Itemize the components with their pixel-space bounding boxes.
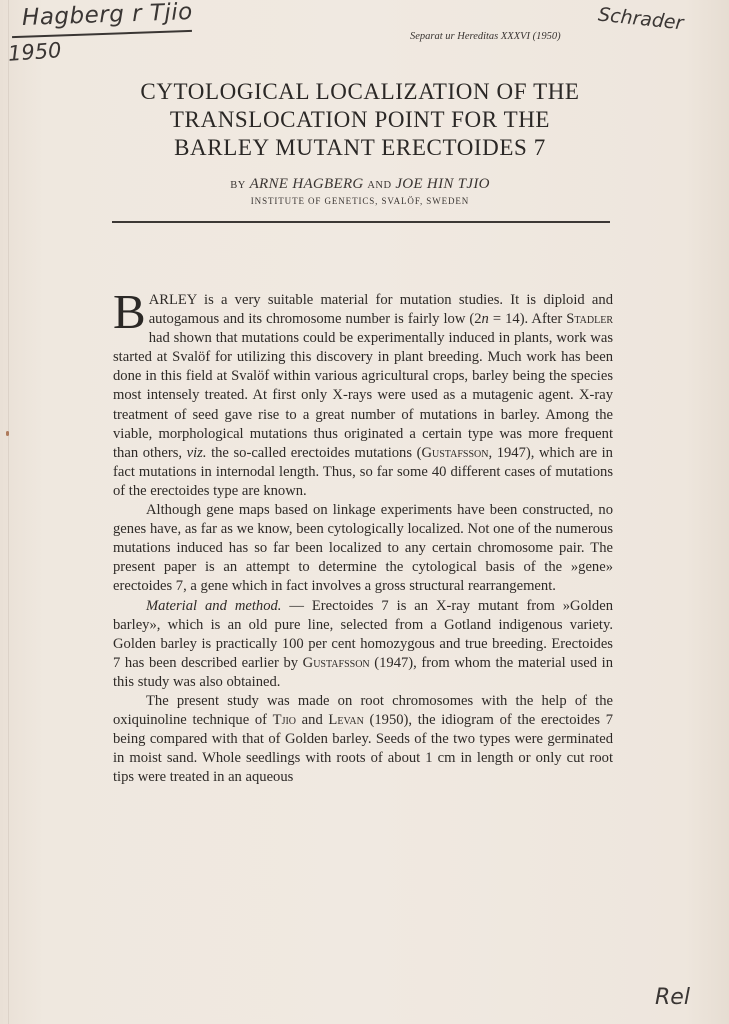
- handwritten-underline: [12, 30, 192, 38]
- page-edge: [8, 0, 9, 1024]
- paper-page: Hagberg r Tjio 1950 Schrader Separat ur …: [0, 0, 729, 1024]
- byline-and: AND: [367, 180, 391, 191]
- article-title: CYTOLOGICAL LOCALIZATION OF THE TRANSLOC…: [90, 78, 630, 162]
- cited-author: Gustafsson: [303, 655, 370, 671]
- journal-reference: Separat ur Hereditas XXXVI (1950): [410, 31, 561, 42]
- stain-mark: [6, 431, 9, 436]
- byline: BY ARNE HAGBERG AND JOE HIN TJIO: [90, 176, 630, 193]
- title-line: BARLEY MUTANT ERECTOIDES 7: [90, 134, 630, 162]
- article-body: BARLEY is a very suitable material for m…: [113, 291, 613, 787]
- handwritten-initials-note: Rel: [655, 985, 690, 1010]
- handwritten-year-note: 1950: [7, 38, 62, 66]
- cited-author: Gustafsson: [421, 445, 488, 461]
- section-heading: Material and method.: [146, 598, 281, 614]
- paragraph: BARLEY is a very suitable material for m…: [113, 291, 613, 501]
- drop-cap: B: [113, 293, 146, 331]
- handwritten-name-note: Schrader: [597, 4, 684, 35]
- paragraph: The present study was made on root chrom…: [113, 692, 613, 787]
- title-line: TRANSLOCATION POINT FOR THE: [90, 106, 630, 134]
- paragraph: Although gene maps based on linkage expe…: [113, 501, 613, 596]
- author-name: ARNE HAGBERG: [250, 176, 364, 192]
- handwritten-authors-note: Hagberg r Tjio: [22, 0, 194, 31]
- cited-author: Stadler: [566, 311, 613, 327]
- author-name: JOE HIN TJIO: [395, 176, 489, 192]
- byline-by: BY: [230, 180, 246, 191]
- title-line: CYTOLOGICAL LOCALIZATION OF THE: [90, 78, 630, 106]
- cited-author: Tjio: [273, 712, 296, 728]
- cited-author: Levan: [328, 712, 363, 728]
- author-affiliation: INSTITUTE OF GENETICS, SVALÖF, SWEDEN: [90, 196, 630, 206]
- header-divider: [112, 221, 610, 223]
- paragraph: Material and method. — Erectoides 7 is a…: [113, 597, 613, 692]
